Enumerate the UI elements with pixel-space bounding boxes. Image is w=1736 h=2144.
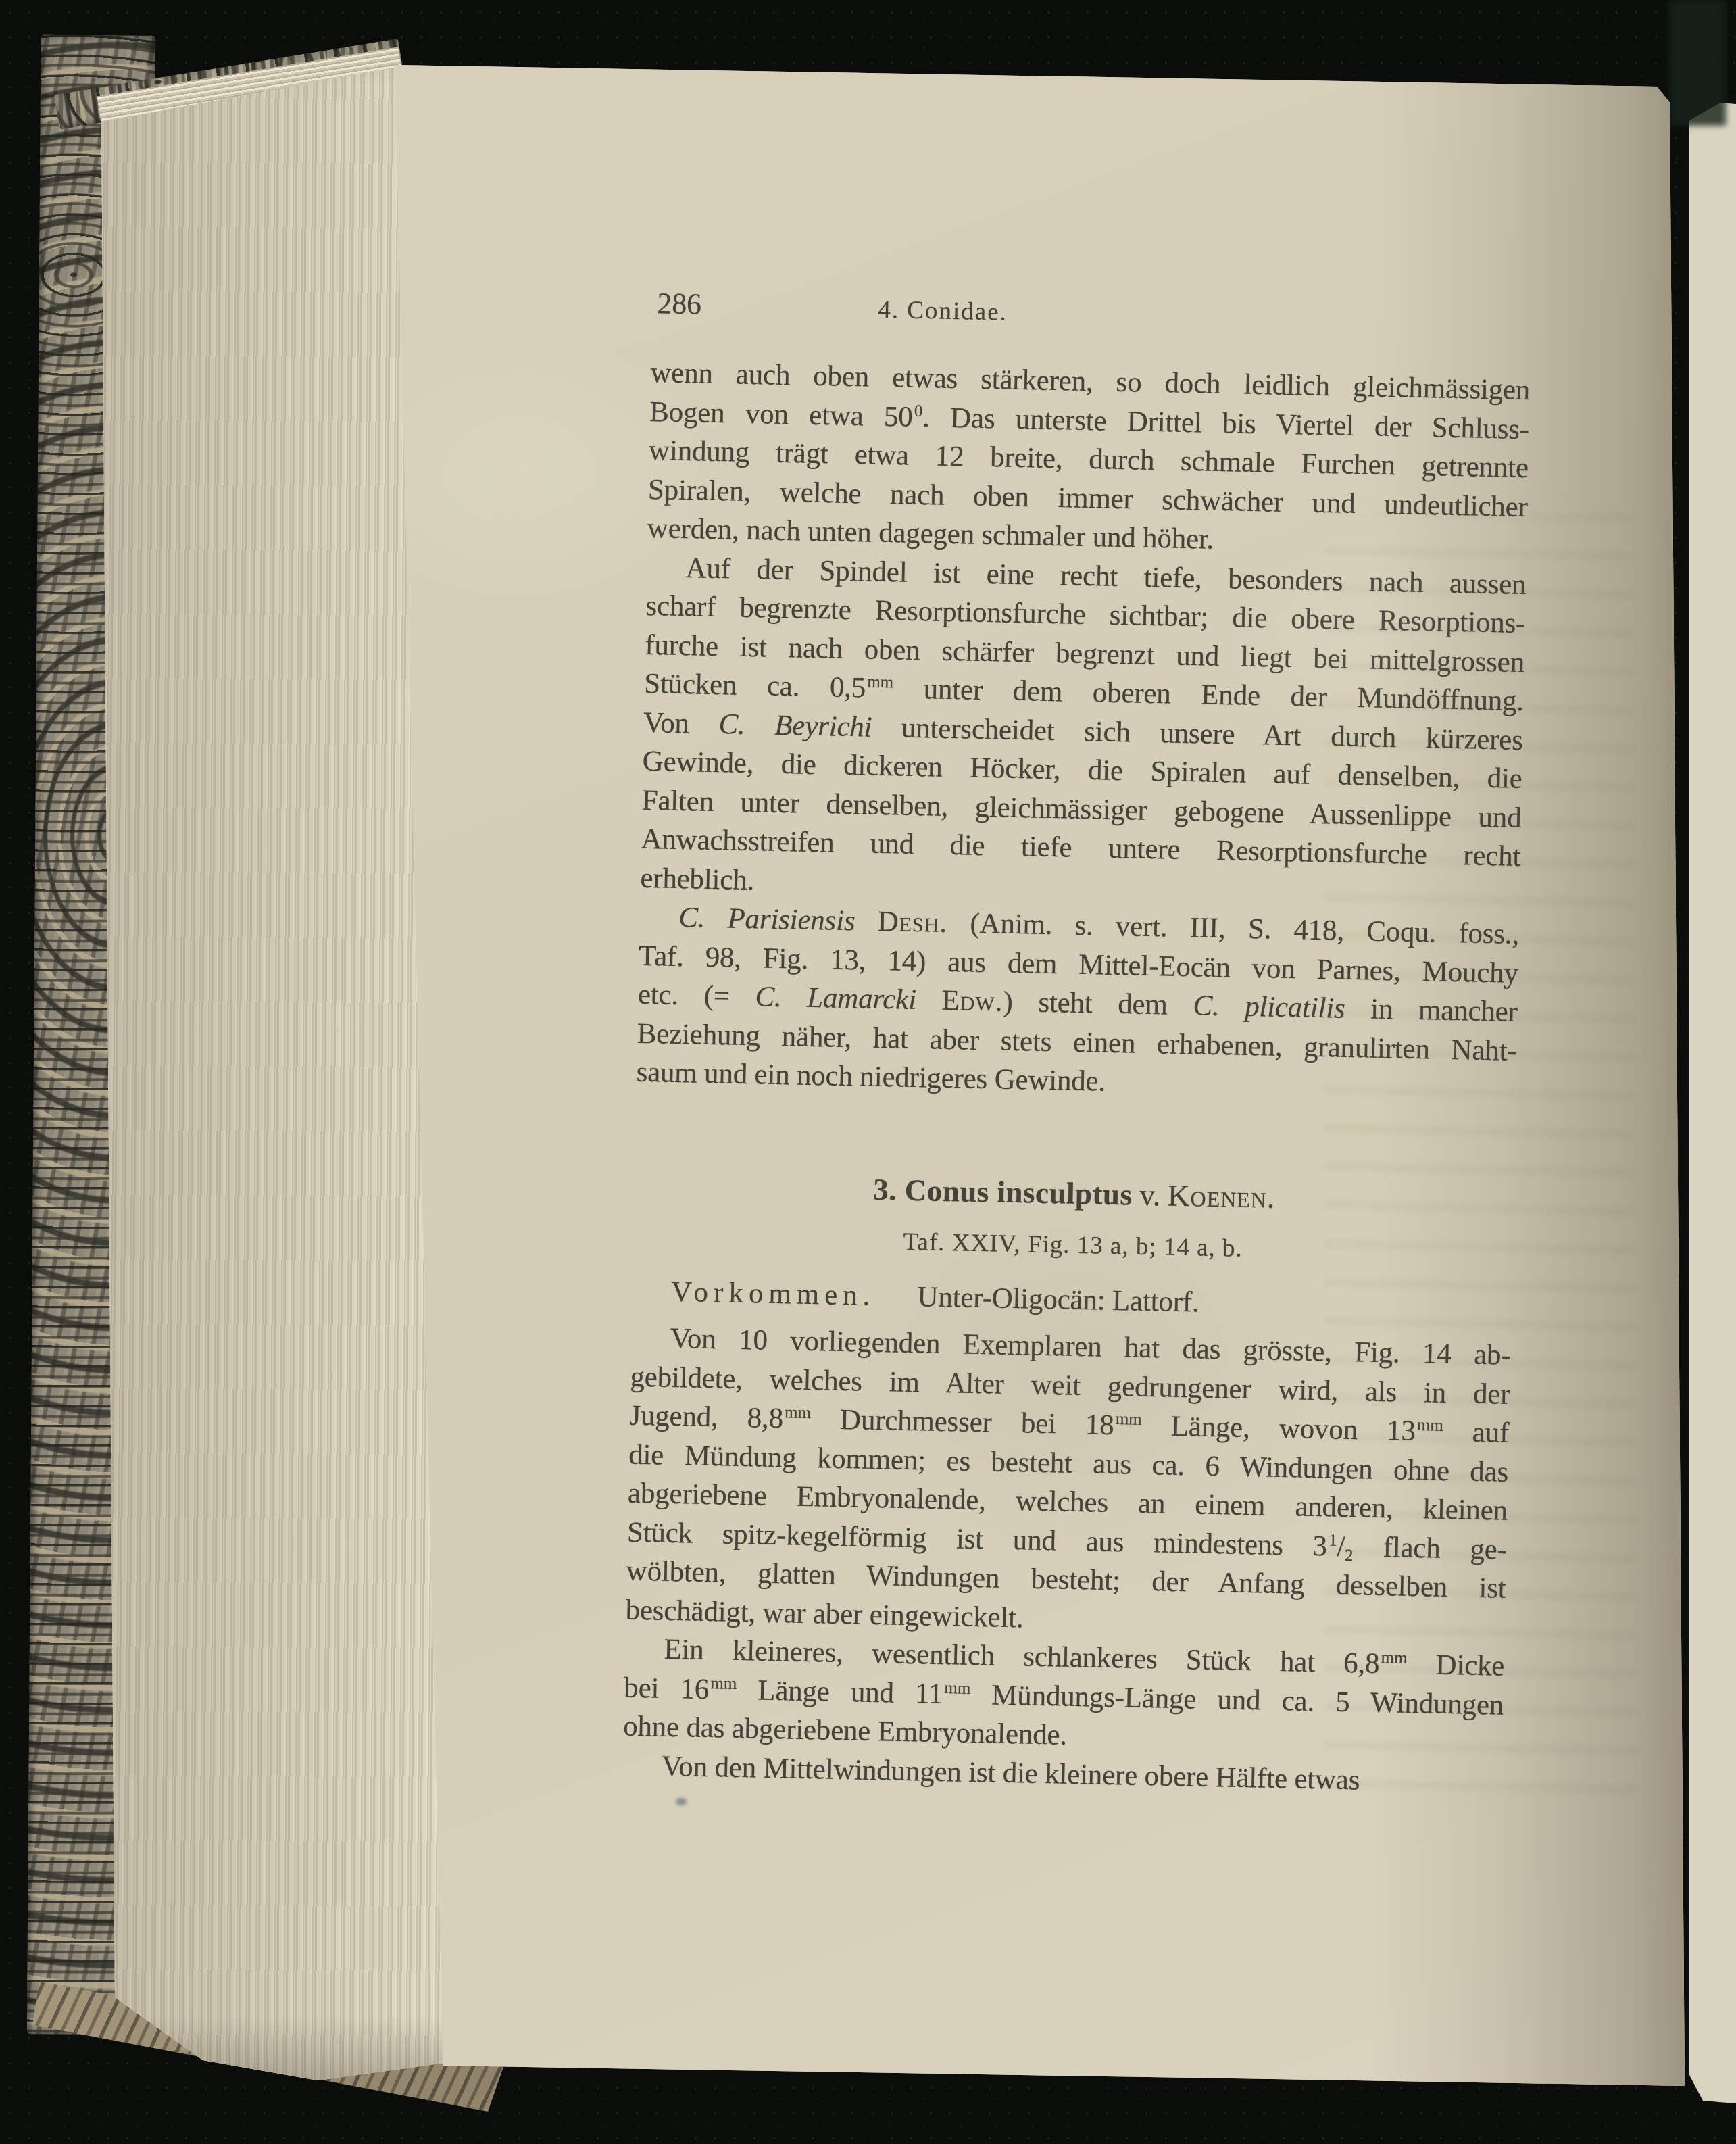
text-line: etc. (= C. Lamarcki Edw.) steht dem C. p… xyxy=(637,975,1518,1032)
text-segment: scharf begrenzte Resorptionsfurche sicht… xyxy=(645,590,1526,639)
paragraph-kleineres: Ein kleineres, wesentlich schlankeres St… xyxy=(623,1630,1505,1764)
paragraph-parisiensis: C. Parisiensis Desh. (Anim. s. vert. III… xyxy=(636,898,1520,1110)
text-line: Spiralen, welche nach oben immer schwäch… xyxy=(647,470,1528,527)
text-segment: ohne das abgeriebene Embryonalende. xyxy=(623,1711,1068,1751)
text-segment: Anwachsstreifen und die tiefe untere Res… xyxy=(641,823,1521,873)
text-segment: Ein kleineres, wesentlich schlankeres St… xyxy=(664,1634,1380,1680)
text-segment: gebildete, welches im Alter weit gedrung… xyxy=(630,1361,1510,1410)
text-segment: Desh. xyxy=(877,906,947,939)
text-segment: 2 xyxy=(1345,1546,1354,1564)
text-segment: Auf der Spindel ist eine recht tiefe, be… xyxy=(685,552,1527,601)
text-segment: mm xyxy=(1381,1649,1407,1667)
text-segment: C. Parisiensis xyxy=(678,902,855,937)
text-line: Anwachsstreifen und die tiefe untere Res… xyxy=(641,820,1521,877)
text-line: erheblich. xyxy=(640,858,1520,915)
plate-reference: Taf. XXIV, Fig. 13 a, b; 14 a, b. xyxy=(633,1221,1513,1269)
text-segment: mm xyxy=(944,1679,970,1698)
page-header: 286 4. Conidae. xyxy=(651,286,1532,336)
text-segment: mm xyxy=(1417,1416,1443,1435)
paragraph-mittelwindungen: Von den Mittelwindungen ist die kleinere… xyxy=(622,1746,1502,1803)
text-line: wölbten, glatten Windungen besteht; der … xyxy=(626,1552,1506,1609)
text-segment: werden, nach unten dagegen schmaler und … xyxy=(647,512,1214,556)
text-line: die Mündung kommen; es besteht aus ca. 6… xyxy=(628,1435,1509,1492)
text-segment: Durchmesser bei 18 xyxy=(810,1403,1114,1441)
text-line: gebildete, welches im Alter weit gedrung… xyxy=(630,1357,1510,1414)
text-line: Stücken ca. 0,5mm unter dem oberen Ende … xyxy=(644,664,1524,721)
text-segment: etc. (= xyxy=(637,979,755,1013)
text-line: Beziehung näher, hat aber stets einen er… xyxy=(637,1014,1517,1071)
text-segment: Beziehung näher, hat aber stets einen er… xyxy=(637,1017,1517,1067)
text-segment xyxy=(916,984,942,1017)
text-segment: abgeriebene Embryonalende, welches an ei… xyxy=(628,1478,1508,1527)
text-line: Gewinde, die dickeren Höcker, die Spiral… xyxy=(642,742,1522,799)
text-segment: Koenen xyxy=(1168,1178,1268,1214)
text-line: Von den Mittelwindungen ist die kleinere… xyxy=(622,1746,1502,1803)
text-line: Stück spitz-kegelförmig ist und aus mind… xyxy=(626,1513,1507,1569)
species-heading: 3. Conus insculptus v. Koenen. xyxy=(634,1167,1514,1219)
text-segment: flach ge- xyxy=(1353,1531,1507,1566)
text-segment: wölbten, glatten Windungen besteht; der … xyxy=(626,1555,1506,1605)
text-segment: windung trägt etwa 12 breite, durch schm… xyxy=(649,435,1529,484)
text-line: Taf. XXIV, Fig. 13 a, b; 14 a, b. xyxy=(633,1221,1513,1269)
text-segment: Vorkommen. xyxy=(671,1275,876,1311)
text-segment: Mündungs-Länge und ca. 5 Windungen xyxy=(970,1678,1504,1721)
text-segment: mm xyxy=(1116,1410,1142,1429)
text-segment xyxy=(855,905,878,937)
text-line: Ein kleineres, wesentlich schlankeres St… xyxy=(624,1630,1505,1686)
text-segment: Jugend, 8,8 xyxy=(629,1400,783,1435)
text-segment: ) steht dem xyxy=(1003,986,1193,1022)
text-segment: Taf. XXIV, Fig. 13 a, b; 14 a, b. xyxy=(903,1227,1243,1262)
text-segment: Gewinde, die dickeren Höcker, die Spiral… xyxy=(642,746,1522,795)
running-head: 4. Conidae. xyxy=(878,295,1008,327)
text-line: Jugend, 8,8mm Durchmesser bei 18mm Länge… xyxy=(629,1396,1510,1453)
book-scan-photo: 286 4. Conidae. wenn auch oben etwas stä… xyxy=(0,0,1736,2144)
text-segment: C. plicatilis xyxy=(1193,990,1345,1025)
text-segment: . Das unterste Drittel bis Viertel der S… xyxy=(922,401,1530,445)
text-segment: Von den Mittelwindungen ist die kleinere… xyxy=(662,1750,1360,1796)
text-line: furche ist nach oben schärfer begrenzt u… xyxy=(645,625,1525,682)
paragraph-exemplare: Von 10 vorliegenden Exemplaren hat das g… xyxy=(625,1319,1511,1647)
text-segment: Stücken ca. 0,5 xyxy=(644,668,866,704)
occurrence-line: Vorkommen.Unter-Oligocän: Lattorf. xyxy=(632,1271,1512,1328)
text-segment: Von 10 vorliegenden Exemplaren hat das g… xyxy=(670,1323,1511,1371)
text-segment: 1 xyxy=(1329,1531,1337,1549)
text-segment: 0 xyxy=(914,401,923,420)
text-segment: Taf. 98, Fig. 13, 14) aus dem Mittel-Eoc… xyxy=(639,940,1519,989)
text-line: Bogen von etwa 500. Das unterste Drittel… xyxy=(649,392,1530,449)
page-number: 286 xyxy=(657,286,701,321)
ink-smudge xyxy=(676,1798,687,1805)
text-line: Von 10 vorliegenden Exemplaren hat das g… xyxy=(630,1319,1511,1375)
text-segment: Falten unter denselben, gleichmässiger g… xyxy=(641,784,1522,833)
text-segment: mm xyxy=(710,1674,737,1693)
text-segment: saum und ein noch niedrigeres Gewinde. xyxy=(636,1056,1106,1098)
text-segment: unter dem oberen Ende der Mundöffnung. xyxy=(893,673,1524,717)
text-segment: bei 16 xyxy=(624,1672,710,1705)
text-segment: Edw. xyxy=(941,985,1003,1018)
text-segment: Länge, wovon 13 xyxy=(1141,1410,1416,1447)
text-line: bei 16mm Länge und 11mm Mündungs-Länge u… xyxy=(624,1668,1504,1725)
text-line: scharf begrenzte Resorptionsfurche sicht… xyxy=(645,587,1526,643)
text-segment: 3. Conus insculptus xyxy=(873,1172,1133,1211)
text-line: abgeriebene Embryonalende, welches an ei… xyxy=(628,1474,1508,1531)
text-segment: Dicke xyxy=(1407,1649,1505,1682)
text-line: windung trägt etwa 12 breite, durch schm… xyxy=(649,431,1529,488)
text-line: Vorkommen.Unter-Oligocän: Lattorf. xyxy=(632,1271,1512,1328)
text-segment: v. xyxy=(1132,1177,1168,1212)
text-line: Von C. Beyrichi unterscheidet sich unser… xyxy=(643,703,1523,760)
text-flow-blocks: wenn auch oben etwas stärkeren, so doch … xyxy=(622,354,1530,1803)
paragraph-spindel: Auf der Spindel ist eine recht tiefe, be… xyxy=(640,547,1527,915)
show-through-text-ghost xyxy=(1324,514,1635,1798)
text-segment: erheblich. xyxy=(640,862,755,896)
text-line: saum und ein noch niedrigeres Gewinde. xyxy=(636,1053,1516,1110)
text-line: Taf. 98, Fig. 13, 14) aus dem Mittel-Eoc… xyxy=(639,936,1519,993)
text-line: ohne das abgeriebene Embryonalende. xyxy=(623,1707,1504,1764)
spine-shadow xyxy=(1669,0,1726,126)
text-segment: Stück spitz-kegelförmig ist und aus mind… xyxy=(627,1516,1328,1562)
text-segment: unterscheidet sich unsere Art durch kürz… xyxy=(872,711,1523,756)
text-line: werden, nach unten dagegen schmaler und … xyxy=(647,509,1527,566)
text-segment: in mancher xyxy=(1345,993,1518,1028)
text-line: wenn auch oben etwas stärkeren, so doch … xyxy=(650,354,1531,410)
text-segment: furche ist nach oben schärfer begrenzt u… xyxy=(645,629,1525,678)
text-segment: mm xyxy=(785,1403,811,1422)
text-segment: Spiralen, welche nach oben immer schwäch… xyxy=(647,473,1528,522)
text-segment: beschädigt, war aber eingewickelt. xyxy=(625,1594,1024,1634)
text-line: Auf der Spindel ist eine recht tiefe, be… xyxy=(646,547,1527,604)
text-segment: wenn auch oben etwas stärkeren, so doch … xyxy=(650,357,1531,406)
text-segment: Von xyxy=(643,706,720,739)
text-line: C. Parisiensis Desh. (Anim. s. vert. III… xyxy=(639,898,1520,954)
text-segment: C. Lamarcki xyxy=(755,981,916,1016)
text-segment: auf xyxy=(1443,1416,1509,1449)
text-segment: mm xyxy=(867,673,893,692)
text-line: 3. Conus insculptus v. Koenen. xyxy=(634,1167,1514,1219)
text-segment: (Anim. s. vert. III, S. 418, Coqu. foss.… xyxy=(947,907,1520,950)
text-segment: C. Beyrichi xyxy=(718,708,872,744)
printed-text-block: 286 4. Conidae. wenn auch oben etwas stä… xyxy=(622,286,1531,1803)
text-line: Falten unter denselben, gleichmässiger g… xyxy=(641,781,1522,837)
text-segment: Bogen von etwa 50 xyxy=(649,395,913,433)
text-segment: die Mündung kommen; es besteht aus ca. 6… xyxy=(628,1438,1509,1488)
text-segment: / xyxy=(1337,1530,1345,1562)
text-line: beschädigt, war aber eingewickelt. xyxy=(625,1590,1506,1647)
text-segment: Unter-Oligocän: Lattorf. xyxy=(917,1281,1199,1318)
text-segment: . xyxy=(1267,1180,1275,1214)
word-gap xyxy=(875,1305,917,1305)
paragraph-continuation: wenn auch oben etwas stärkeren, so doch … xyxy=(647,354,1531,566)
text-segment: Länge und 11 xyxy=(737,1674,943,1709)
